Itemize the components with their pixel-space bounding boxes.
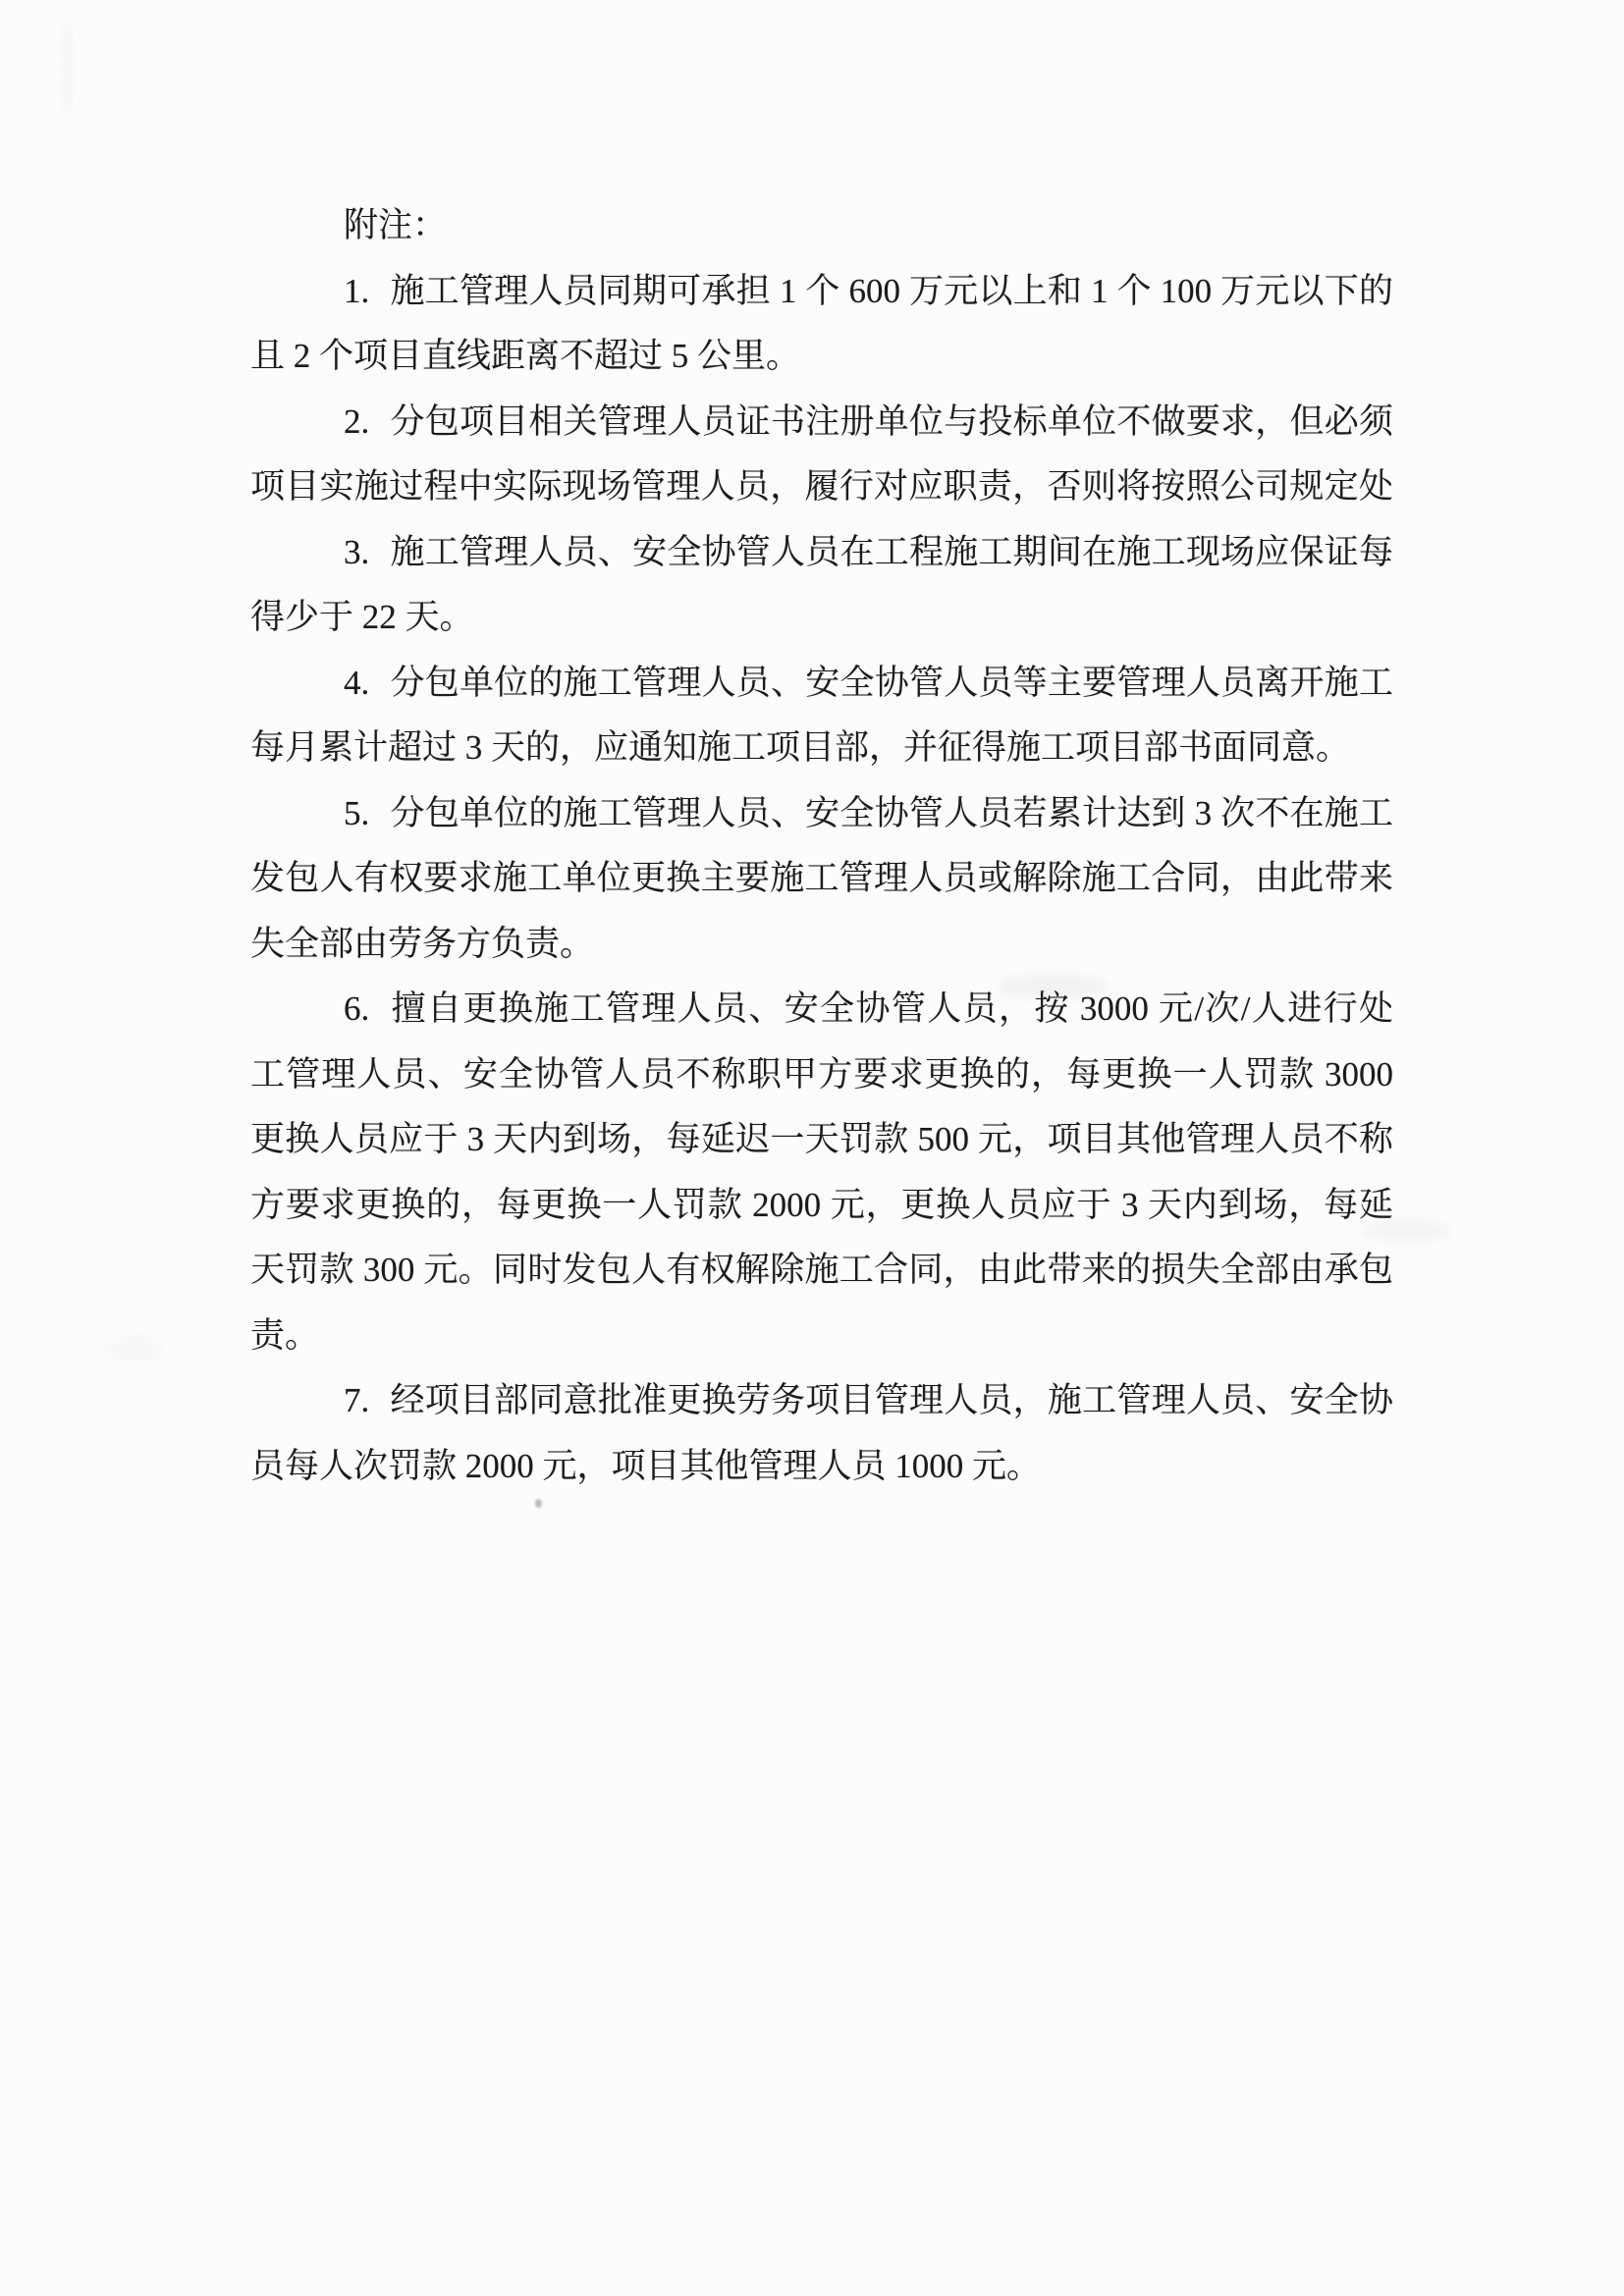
- note-line: 天罚款 300 元。同时发包人有权解除施工合同，由此带来的损失全部由承包人负: [250, 1238, 1393, 1304]
- note-line-text: 擅自更换施工管理人员、安全协管人员，按 3000 元/次/人进行处罚，施: [344, 989, 1393, 1042]
- note-line-text: 天罚款 300 元。同时发包人有权解除施工合同，由此带来的损失全部由承包人负: [250, 1251, 1393, 1304]
- note-line-text: 发包人有权要求施工单位更换主要施工管理人员或解除施工合同，由此带来的损: [250, 859, 1393, 912]
- item-number: 6.: [344, 989, 369, 1028]
- note-line: 1.施工管理人员同期可承担 1 个 600 万元以上和 1 个 100 万元以下…: [250, 259, 1393, 325]
- note-line: 工管理人员、安全协管人员不称职甲方要求更换的，每更换一人罚款 3000 元，: [250, 1042, 1393, 1108]
- notes-heading-text: 附注：: [344, 206, 447, 244]
- notes-section: 附注： 1.施工管理人员同期可承担 1 个 600 万元以上和 1 个 100 …: [250, 193, 1393, 1499]
- note-line-text: 失全部由劳务方负责。: [250, 925, 594, 963]
- item-number: 5.: [344, 794, 369, 832]
- note-line-text: 工管理人员、安全协管人员不称职甲方要求更换的，每更换一人罚款 3000 元，: [250, 1055, 1393, 1108]
- scan-smudge-artifact: [108, 1335, 162, 1362]
- item-number: 4.: [344, 664, 369, 702]
- item-number: 1.: [344, 272, 369, 310]
- note-line: 项目实施过程中实际现场管理人员，履行对应职责，否则将按照公司规定处罚。: [250, 454, 1393, 520]
- note-line: 失全部由劳务方负责。: [250, 912, 1393, 978]
- note-line-text: 分包项目相关管理人员证书注册单位与投标单位不做要求，但必须为本: [344, 402, 1393, 455]
- notes-heading: 附注：: [250, 193, 1393, 259]
- scanned-document-page: 附注： 1.施工管理人员同期可承担 1 个 600 万元以上和 1 个 100 …: [0, 0, 1624, 2296]
- note-line: 发包人有权要求施工单位更换主要施工管理人员或解除施工合同，由此带来的损: [250, 846, 1393, 912]
- note-line-text: 施工管理人员同期可承担 1 个 600 万元以上和 1 个 100 万元以下的项…: [344, 272, 1393, 325]
- note-line: 3.施工管理人员、安全协管人员在工程施工期间在施工现场应保证每月不: [250, 520, 1393, 586]
- note-line-text: 且 2 个项目直线距离不超过 5 公里。: [250, 337, 800, 375]
- note-line: 责。: [250, 1304, 1393, 1369]
- item-number: 7.: [344, 1381, 369, 1419]
- scan-streak-artifact: [61, 22, 73, 115]
- note-line-text: 责。: [250, 1316, 319, 1355]
- note-line: 每月累计超过 3 天的，应通知施工项目部，并征得施工项目部书面同意。: [250, 716, 1393, 781]
- note-line-text: 得少于 22 天。: [250, 598, 474, 636]
- note-line-text: 经项目部同意批准更换劳务项目管理人员，施工管理人员、安全协管人: [344, 1381, 1393, 1434]
- note-line: 4.分包单位的施工管理人员、安全协管人员等主要管理人员离开施工现场: [250, 651, 1393, 717]
- note-line: 员每人次罚款 2000 元，项目其他管理人员 1000 元。: [250, 1434, 1393, 1500]
- item-number: 3.: [344, 533, 369, 571]
- note-line: 更换人员应于 3 天内到场，每延迟一天罚款 500 元，项目其他管理人员不称职甲: [250, 1107, 1393, 1173]
- notes-list: 1.施工管理人员同期可承担 1 个 600 万元以上和 1 个 100 万元以下…: [250, 259, 1393, 1500]
- note-line: 7.经项目部同意批准更换劳务项目管理人员，施工管理人员、安全协管人: [250, 1368, 1393, 1434]
- note-line: 6.擅自更换施工管理人员、安全协管人员，按 3000 元/次/人进行处罚，施: [250, 977, 1393, 1042]
- note-line: 5.分包单位的施工管理人员、安全协管人员若累计达到 3 次不在施工现场，: [250, 781, 1393, 847]
- note-line: 方要求更换的，每更换一人罚款 2000 元，更换人员应于 3 天内到场，每延迟一: [250, 1173, 1393, 1239]
- note-line-text: 分包单位的施工管理人员、安全协管人员等主要管理人员离开施工现场: [344, 664, 1393, 717]
- note-line-text: 项目实施过程中实际现场管理人员，履行对应职责，否则将按照公司规定处罚。: [250, 467, 1393, 520]
- note-line-text: 方要求更换的，每更换一人罚款 2000 元，更换人员应于 3 天内到场，每延迟一: [250, 1186, 1393, 1239]
- note-line: 得少于 22 天。: [250, 585, 1393, 651]
- note-line: 2.分包项目相关管理人员证书注册单位与投标单位不做要求，但必须为本: [250, 390, 1393, 455]
- note-line-text: 分包单位的施工管理人员、安全协管人员若累计达到 3 次不在施工现场，: [344, 794, 1393, 847]
- note-line: 且 2 个项目直线距离不超过 5 公里。: [250, 324, 1393, 390]
- scan-dot-artifact: [535, 1499, 542, 1508]
- note-line-text: 更换人员应于 3 天内到场，每延迟一天罚款 500 元，项目其他管理人员不称职甲: [250, 1120, 1393, 1173]
- note-line-text: 每月累计超过 3 天的，应通知施工项目部，并征得施工项目部书面同意。: [250, 728, 1350, 767]
- item-number: 2.: [344, 402, 369, 441]
- note-line-text: 施工管理人员、安全协管人员在工程施工期间在施工现场应保证每月不: [344, 533, 1393, 586]
- note-line-text: 员每人次罚款 2000 元，项目其他管理人员 1000 元。: [250, 1447, 1041, 1485]
